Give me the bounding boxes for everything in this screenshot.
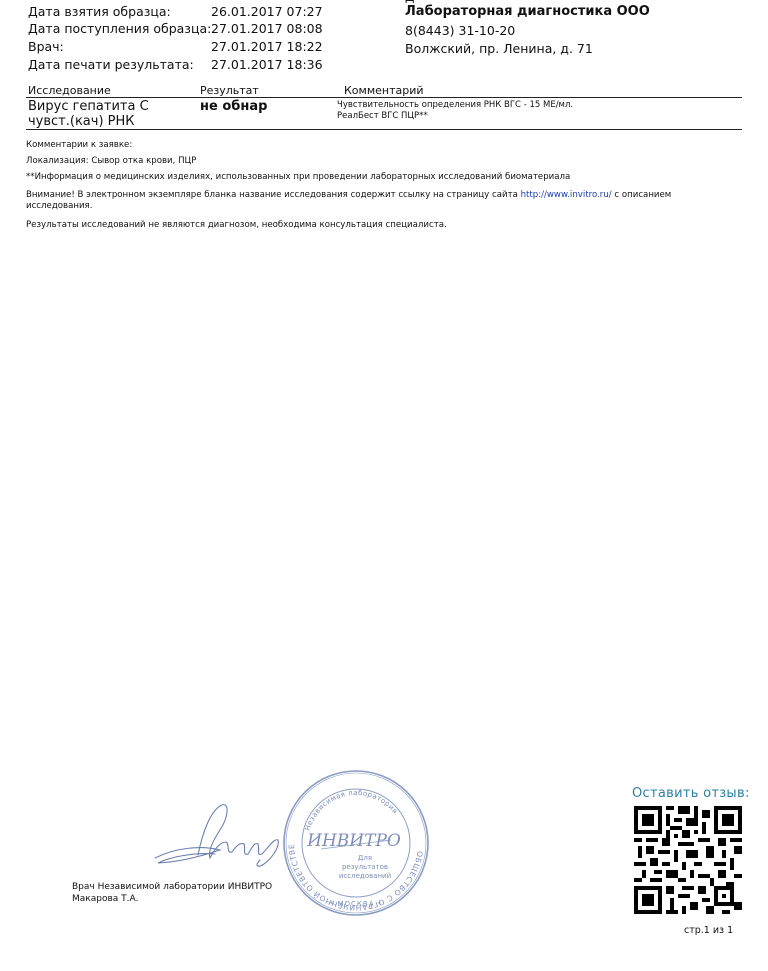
study-name-line1: Вирус гепатита С [28,99,149,114]
attention-suffix: с описанием [612,190,672,200]
svg-text:* МОСКВА *: * МОСКВА * [330,900,382,908]
info-label-print-date: Дата печати результата: [28,56,194,73]
leave-feedback-label: Оставить отзыв: [632,786,750,801]
info-label-sample-taken: Дата взятия образца: [28,3,171,20]
attention-note-line2: исследования. [26,201,92,212]
page-number: стр.1 из 1 [684,925,733,936]
info-label-doctor: Врач: [28,38,64,55]
info-label-sample-received: Дата поступления образца: [28,20,211,37]
study-name-line2: чувст.(кач) РНК [28,114,149,129]
doctor-title: Врач Независимой лаборатории ИНВИТРО [72,881,272,893]
info-value-doctor: 27.01.2017 18:22 [211,38,323,55]
localization-note: Локализация: Сывор отка крови, ПЦР [26,156,196,167]
signature-icon [150,800,285,875]
doctor-name: Макарова Т.А. [72,893,272,905]
attention-prefix: Внимание! В электронном экземпляре бланк… [26,190,521,200]
table-header-result: Результат [200,84,259,97]
medical-devices-note: **Информация о медицинских изделиях, исп… [26,172,570,183]
result-value: не обнар [200,99,267,114]
attention-note: Внимание! В электронном экземпляре бланк… [26,190,671,201]
table-bottom-divider [26,129,742,130]
lab-name: Лабораторная диагностика ООО [405,4,650,19]
doctor-signature-block: Врач Независимой лаборатории ИНВИТРО Мак… [72,881,272,905]
info-value-sample-received: 27.01.2017 08:08 [211,20,323,37]
svg-text:результатов: результатов [342,863,388,871]
study-cell: Вирус гепатита С чувст.(кач) РНК [28,99,149,129]
svg-text:ИНВИТРО: ИНВИТРО [306,831,401,851]
invitro-link[interactable]: http://www.invitro.ru/ [521,190,612,200]
info-value-sample-taken: 26.01.2017 07:27 [211,3,323,20]
svg-text:Для: Для [358,854,372,862]
svg-text:Независимая лаборатория: Независимая лаборатория [304,789,399,832]
lab-address: Волжский, пр. Ленина, д. 71 [405,41,593,56]
svg-text:исследований: исследований [339,872,391,880]
lab-phone: 8(8443) 31-10-20 [405,23,515,38]
qr-code-icon[interactable] [634,806,742,914]
table-header-divider [26,97,742,98]
comment-line2: РеалБест ВГС ПЦР** [337,111,573,122]
disclaimer-note: Результаты исследований не являются диаг… [26,220,447,231]
table-header-comment: Комментарий [344,84,424,97]
stamp-icon: ОБЩЕСТВО С ОГРАНИЧЕННОЙ ОТВЕТСТВЕННОСТЬЮ… [281,768,431,918]
comment-cell: Чувствительность определения РНК ВГС - 1… [337,100,573,122]
order-comments-label: Комментарии к заявке: [26,140,132,151]
comment-line1: Чувствительность определения РНК ВГС - 1… [337,100,573,111]
info-value-print-date: 27.01.2017 18:36 [211,56,323,73]
table-header-study: Исследование [28,84,111,97]
